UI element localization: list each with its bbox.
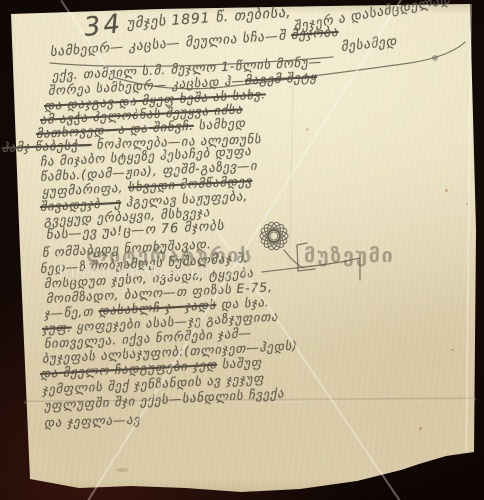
annotation-swoosh-underline xyxy=(113,42,465,89)
watermark-latin: Literature Museum xyxy=(58,261,210,282)
photo-stage: 34უმჯეს 1891 წ. თებისა,შეჯერ ა დასამცდელ… xyxy=(0,0,484,500)
watermark-georgian-right: მუზეუმი xyxy=(304,243,394,267)
first-line-underline xyxy=(50,57,333,66)
